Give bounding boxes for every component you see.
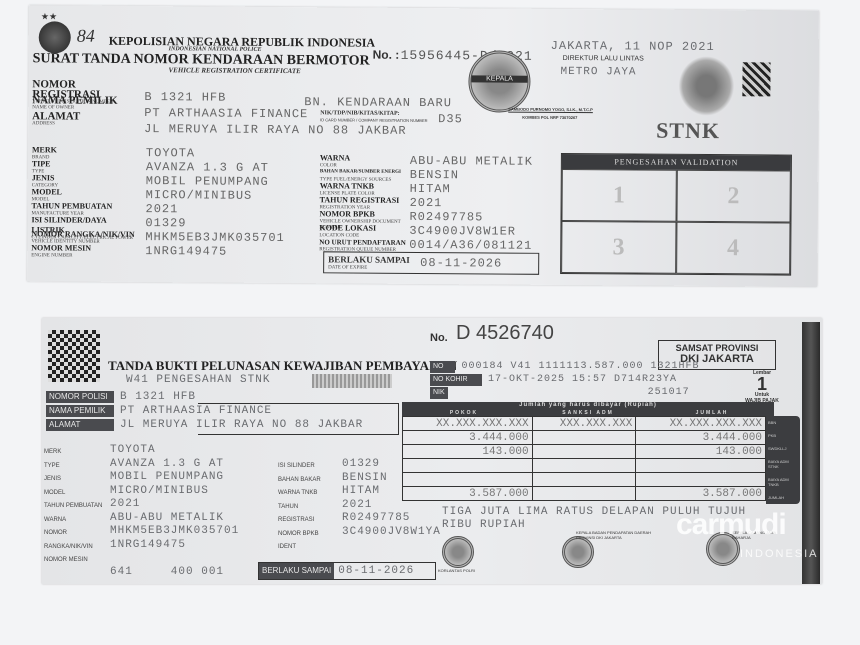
watermark-brand: carmudi — [676, 508, 786, 542]
category-value: MOBIL PENUMPANG — [146, 174, 286, 189]
qr-code-icon — [742, 62, 770, 96]
color-value: ABU-ABU METALIK — [410, 154, 533, 169]
status-note: BN. KENDARAAN BARU — [304, 95, 452, 110]
registration-year-value: 2021 — [410, 196, 533, 211]
table-row: XX.XXX.XXX.XXXXXX.XXX.XXXXX.XXX.XXX.XXX — [403, 417, 766, 431]
nik-label: NIK/TDP/NIB/KITAS/KITAP: — [320, 110, 400, 117]
document-title-en: VEHICLE REGISTRATION CERTIFICATE — [168, 66, 300, 75]
signature-label: KEPALA BADAN PENDAPATAN DAERAH PROVINSI … — [576, 530, 656, 540]
reference-section: NO URUT000184 V41 1111113.587.000 1321HF… — [430, 360, 680, 399]
right-values: ABU-ABU METALIK BENSIN HITAM 2021 R02497… — [409, 154, 533, 253]
region: METRO JAYA — [560, 66, 636, 79]
nik-sublabel: ID CARD NUMBER / COMPANY REGISTRATION NU… — [320, 117, 427, 123]
stnk-certificate: ★★ 84 KEPOLISIAN NEGARA REPUBLIK INDONES… — [27, 5, 819, 287]
stamp-bapenda — [562, 536, 594, 568]
nik-value: D35 — [438, 112, 463, 126]
payment-table: XX.XXX.XXX.XXXXXX.XXX.XXXXX.XXX.XXX.XXX … — [402, 416, 766, 501]
location-code-value: 3C4900JV8W1ER — [409, 224, 532, 239]
vehicle-labels: MERK TYPE JENIS MODEL TAHUN PEMBUATAN WA… — [44, 446, 106, 568]
table-row — [403, 459, 766, 473]
signatory-rank: KOMBES POL NRP 73070267 — [522, 115, 577, 120]
document-edge-strip — [802, 322, 820, 584]
table-row: 3.444.0003.444.000 — [403, 431, 766, 445]
nik-value: 251017 — [648, 387, 690, 398]
type-value: AVANZA 1.3 G AT — [146, 160, 286, 175]
owner-address: JL MERUYA ILIR RAYA NO 88 JAKBAR — [144, 122, 407, 138]
owner-labels: NOMOR REGISTRASIVEHICLE REGISTRATION NUM… — [32, 79, 142, 124]
table-row: 3.587.0003.587.000 — [403, 487, 766, 501]
number-label: No. — [430, 332, 448, 344]
director-label: DIREKTUR LALU LINTAS — [563, 55, 644, 63]
stamp-korlantas — [442, 536, 474, 568]
receipt-number: D 4526740 — [456, 322, 554, 345]
expiry-date: 08-11-2026 — [338, 565, 414, 577]
expiry-date: 08-11-2026 — [420, 256, 502, 271]
number-label: No. : — [373, 48, 400, 62]
validation-cell: 2 — [676, 170, 791, 223]
kohir-number: 17-OKT-2025 15:57 D714R23YA — [488, 374, 677, 385]
table-row — [403, 473, 766, 487]
fuel-value: BENSIN — [410, 168, 533, 183]
police-emblem-icon — [39, 21, 71, 53]
manufacture-year-value: 2021 — [146, 202, 286, 217]
official-stamp: KEPALA — [468, 50, 530, 112]
vehicle-labels: MERKBRAND TIPETYPE JENISCATEGORY MODELMO… — [31, 145, 142, 258]
validation-cell: 4 — [676, 222, 791, 275]
signatory-name: SAMBODO PURNOMO YOGO, S.I.K., M.T.C.P — [508, 107, 593, 113]
owner-name: PT ARTHAASIA FINANCE — [144, 106, 308, 121]
tax-payment-receipt: TANDA BUKTI PELUNASAN KEWAJIBAN PEMBAYAR… — [42, 318, 822, 584]
queue-number: 000184 V41 1111113.587.000 1321HFB — [461, 361, 699, 372]
validation-cell: 1 — [561, 169, 676, 222]
plate-color-value: HITAM — [410, 182, 533, 197]
stars-icon: ★★ — [41, 11, 67, 21]
signature-label: KORLANTAS POLRI — [438, 568, 475, 573]
vehicle-right-labels: ISI SILINDER BAHAN BAKAR WARNA TNKB TAHU… — [278, 460, 336, 555]
table-row: 143.000143.000 — [403, 445, 766, 459]
validation-cell: 3 — [561, 221, 676, 274]
bpkb-value: R02497785 — [409, 210, 532, 225]
model-value: MICRO/MINIBUS — [146, 188, 286, 203]
queue-number-value: 0014/A36/081121 — [409, 238, 532, 253]
payment-header: Jumlah yang harus dibayar (Rupiah) — [402, 402, 774, 410]
place-date: JAKARTA, 11 NOP 2021 — [551, 39, 715, 54]
validation-title: PENGESAHAN VALIDATION — [562, 154, 791, 171]
stnk-brand: STNK — [656, 118, 720, 144]
qr-code-icon — [48, 330, 100, 382]
expiry-box: BERLAKU SAMPAI 08-11-2026 — [258, 562, 436, 580]
vehicle-values: TOYOTA AVANZA 1.3 G AT MOBIL PENUMPANG M… — [145, 146, 285, 259]
engine-number-value: 1NRG149475 — [145, 244, 285, 259]
vehicle-right-values: 01329 BENSIN HITAM 2021 R02497785 3C4900… — [342, 458, 441, 539]
polri-emblem-icon — [678, 56, 734, 116]
payment-row-labels: BBN PKB SWDKLLJ BIAYA ADM STNK BIAYA ADM… — [766, 416, 800, 504]
validation-box: PENGESAHAN VALIDATION 1 2 3 4 — [560, 153, 792, 276]
right-labels: WARNACOLOR BAHAN BAKAR/SUMBER ENERGITYPE… — [319, 153, 410, 252]
brand-value: TOYOTA — [146, 146, 286, 161]
vin-value: MHKM5EB3JMK035701 — [145, 230, 285, 245]
receipt-subtitle: W41 PENGESAHAN STNK — [126, 374, 270, 386]
plate-number: B 1321 HFB — [120, 391, 196, 403]
vehicle-values: TOYOTA AVANZA 1.3 G AT MOBIL PENUMPANG M… — [110, 444, 239, 552]
handwritten-note: 84 — [77, 26, 95, 47]
registration-number: B 1321 HFB — [144, 90, 226, 105]
cylinder-value: 01329 — [145, 216, 285, 231]
sheet-indicator: Lembar 1 Untuk WAJIB PAJAK — [742, 370, 782, 404]
watermark-sub: INDONESIA — [740, 548, 819, 560]
receipt-title: TANDA BUKTI PELUNASAN KEWAJIBAN PEMBAYAR… — [108, 358, 457, 374]
footer-code: 641 400 001 — [110, 566, 224, 578]
expiry-box: BERLAKU SAMPAI DATE OF EXPIRE 08-11-2026 — [323, 251, 539, 275]
redacted-area — [312, 374, 392, 388]
